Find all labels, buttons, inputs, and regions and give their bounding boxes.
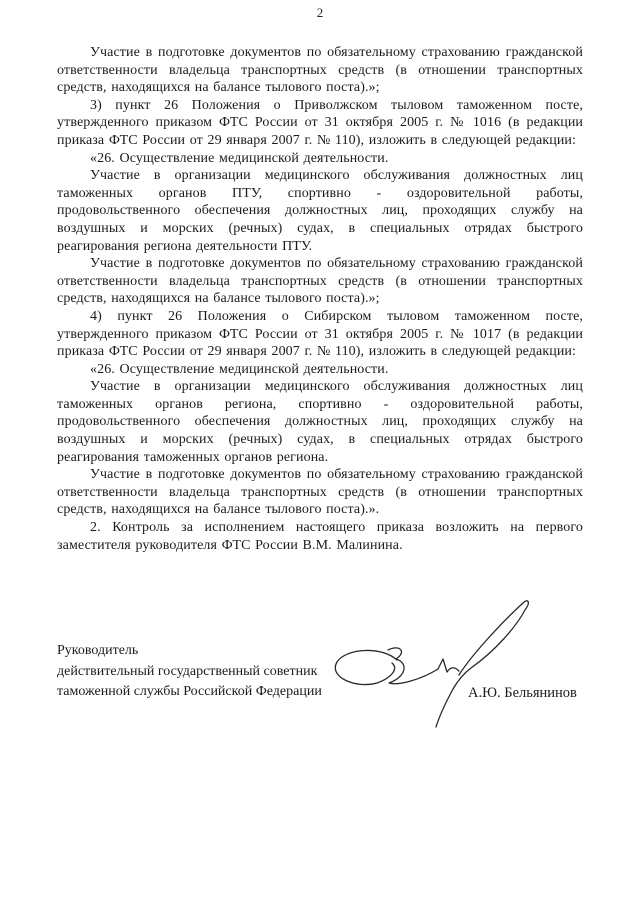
paragraph: Участие в подготовке документов по обяза…: [57, 466, 583, 519]
paragraph: «26. Осуществление медицинской деятельно…: [57, 361, 583, 379]
paragraph: 2. Контроль за исполнением настоящего пр…: [57, 519, 583, 554]
document-page: 2 Участие в подготовке документов по обя…: [0, 0, 640, 900]
handwritten-signature-icon: [318, 590, 550, 738]
paragraph: 4) пункт 26 Положения о Сибирском тылово…: [57, 308, 583, 361]
paragraph: 3) пункт 26 Положения о Приволжском тыло…: [57, 97, 583, 150]
document-body: Участие в подготовке документов по обяза…: [57, 44, 583, 554]
page-number: 2: [0, 5, 640, 21]
paragraph: Участие в подготовке документов по обяза…: [57, 255, 583, 308]
paragraph: Участие в организации медицинского обслу…: [57, 167, 583, 255]
paragraph: «26. Осуществление медицинской деятельно…: [57, 150, 583, 168]
paragraph: Участие в подготовке документов по обяза…: [57, 44, 583, 97]
paragraph: Участие в организации медицинского обслу…: [57, 378, 583, 466]
